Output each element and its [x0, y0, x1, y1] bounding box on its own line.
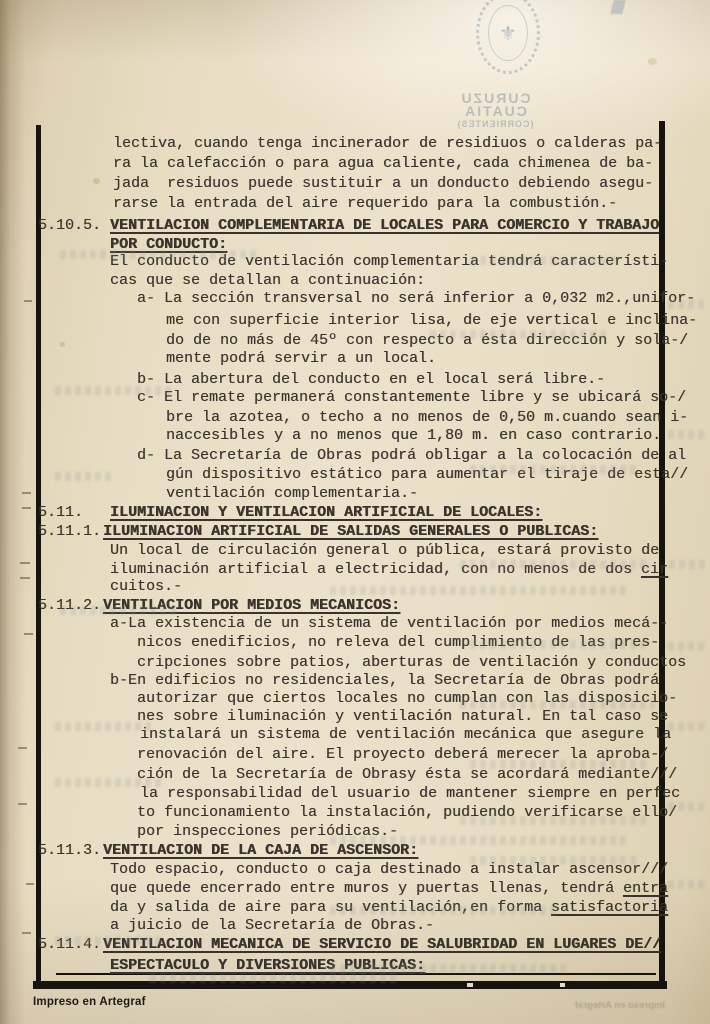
scanned-page: ⚜ CURUZU CUATIA (CORRIENTES) lectiva, cu…	[0, 0, 710, 1024]
text-line: rarse la entrada del aire requerido para…	[113, 194, 617, 213]
text-line: b- La abertura del conducto en el local …	[137, 370, 605, 389]
bleed-through-text	[330, 906, 560, 915]
text-line: ventilación complementaria.-	[166, 484, 418, 503]
text-line: me con superficie interior lisa, de eje …	[166, 311, 697, 330]
stamp-city: CURUZU CUATIA	[430, 92, 560, 118]
bleed-through-text	[430, 330, 610, 339]
bleed-through-text	[470, 256, 620, 265]
margin-pencil-mark	[20, 562, 30, 564]
text-line: d- La Secretaría de Obras podrá obligar …	[137, 446, 686, 465]
text-line: cas que se detallan a continuación:	[110, 271, 425, 290]
bleed-through-text	[470, 465, 640, 474]
heading-line: ILUMINACION Y VENTILACION ARTIFICIAL DE …	[110, 503, 542, 522]
bleed-through-text	[55, 722, 155, 731]
margin-pencil-mark	[24, 633, 33, 635]
text-line: satisfactoria	[551, 898, 668, 917]
text-line: a-La existencia de un sistema de ventila…	[110, 614, 668, 633]
bleed-through-text	[55, 936, 165, 945]
watermark-seal-icon: ⚜	[476, 0, 540, 74]
bleed-through-text	[55, 386, 175, 395]
watermark-stamp: CURUZU CUATIA (CORRIENTES)	[430, 92, 560, 131]
frame-notch	[560, 983, 565, 987]
text-line: la responsabilidad del usuario de manten…	[140, 784, 680, 803]
bleed-through-text	[330, 964, 570, 973]
bleed-through-text	[330, 586, 630, 595]
text-line: c- El remate permanerá constantemente li…	[137, 388, 686, 407]
text-line: que quede encerrado entre muros y puerta…	[110, 879, 623, 898]
text-line: Un local de circulación general o públic…	[110, 541, 659, 560]
margin-pencil-mark	[22, 507, 31, 509]
text-line: lectiva, cuando tenga incinerador de res…	[113, 134, 662, 153]
paper-spot	[93, 178, 100, 184]
bleed-through-text	[470, 640, 650, 649]
text-line: jada residuos puede sustituir a un dondu…	[113, 174, 653, 193]
bleed-through-text	[668, 802, 706, 811]
margin-pencil-mark	[22, 932, 31, 934]
text-line: a juicio de la Secretaría de Obras.-	[110, 916, 434, 935]
text-line: bre la azotea, o techo a no menos de 0,5…	[166, 408, 688, 427]
text-line: cripciones sobre patios, aberturas de ve…	[137, 653, 686, 672]
text-line: b-En edificios no residenciales, la Secr…	[110, 671, 659, 690]
bleed-through-text	[668, 880, 706, 889]
bleed-through-text	[60, 250, 260, 259]
seal-crest-icon: ⚜	[488, 5, 528, 61]
text-line: a- La sección transversal no será inferi…	[137, 289, 695, 308]
text-line: nes sobre iluminación y ventilación natu…	[137, 707, 668, 726]
bleed-through-text	[669, 560, 707, 569]
ink-smudge	[610, 0, 625, 14]
bleed-through-text	[460, 700, 655, 709]
printer-credit: Impreso en Artegraf	[33, 996, 146, 1008]
bleed-through-text	[668, 430, 706, 439]
heading-line: VENTILACION MECANICA DE SERVICIO DE SALU…	[103, 935, 661, 954]
bleed-through-text	[55, 472, 115, 481]
printer-credit-ghost: Impreso en Artegraf	[575, 1000, 665, 1011]
margin-pencil-mark	[26, 883, 34, 885]
section-number: 5.11.1.	[38, 522, 101, 541]
bleed-through-text	[60, 606, 180, 615]
margin-pencil-mark	[18, 747, 27, 749]
heading-line: VENTILACION COMPLEMENTARIA DE LOCALES PA…	[110, 216, 659, 235]
margin-pencil-mark	[20, 577, 30, 579]
paper-spot	[648, 58, 657, 65]
bleed-through-text	[668, 642, 706, 651]
margin-pencil-mark	[24, 300, 32, 302]
text-line: cuitos.-	[110, 577, 182, 596]
frame-notch	[467, 983, 473, 987]
bleed-through-text	[470, 856, 640, 865]
bleed-through-text	[470, 760, 650, 769]
stamp-province: (CORRIENTES)	[430, 118, 560, 131]
text-line: entra	[623, 879, 668, 898]
text-line: naccesibles y a no menos que 1,80 m. en …	[166, 426, 661, 445]
section-number: 5.11.3.	[38, 841, 101, 860]
margin-pencil-mark	[18, 803, 27, 805]
bleed-through-text	[460, 816, 650, 825]
bleed-through-text	[330, 836, 630, 845]
heading-line: ILUMINACION ARTIFICIAL DE SALIDAS GENERA…	[103, 522, 598, 541]
bleed-through-text	[55, 778, 165, 787]
bleed-through-text	[150, 974, 400, 983]
text-line: instalará un sistema de ventilación mecá…	[140, 725, 671, 744]
bleed-through-text	[460, 560, 650, 569]
bleed-through-text	[668, 300, 706, 309]
text-line: mente podrá servir a un local.	[166, 349, 436, 368]
paper-spot	[60, 342, 65, 347]
section-number: 5.10.5.	[38, 216, 101, 235]
section-number: 5.11.	[38, 503, 83, 522]
margin-pencil-mark	[22, 492, 31, 494]
bleed-through-text	[668, 722, 706, 731]
text-line: ra la calefacción o para agua caliente, …	[113, 154, 653, 173]
